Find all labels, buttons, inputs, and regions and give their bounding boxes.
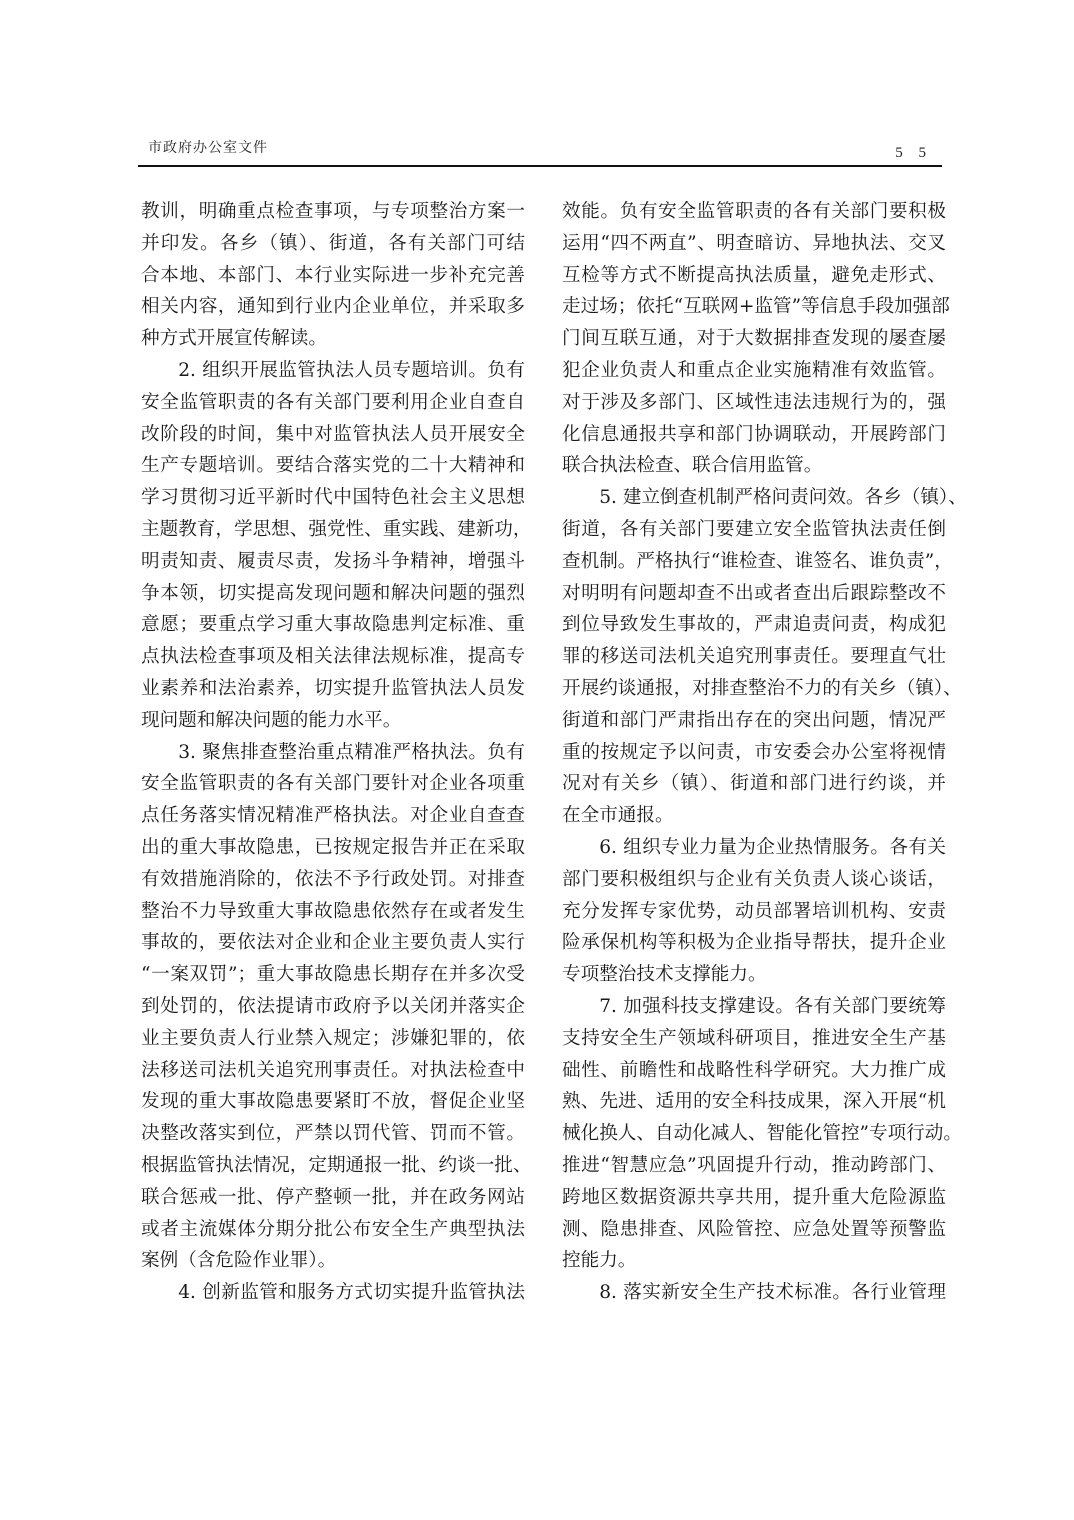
text-line: 门间互联互通，对于大数据排查发现的屡查屡 — [562, 323, 946, 355]
text-line: 测、隐患排查、风险管控、应急处置等预警监 — [562, 1214, 946, 1246]
text-line: 决整改落实到位，严禁以罚代管、罚而不管。 — [141, 1118, 525, 1150]
paragraph: 效能。负有安全监管职责的各有关部门要积极运用“四不两直”、明查暗访、异地执法、交… — [562, 196, 946, 482]
text-line: 整治不力导致重大事故隐患依然存在或者发生 — [141, 896, 525, 928]
text-line: 互检等方式不断提高执法质量，避免走形式、 — [562, 260, 946, 292]
text-line: 险承保机构等积极为企业指导帮扶，提升企业 — [562, 927, 946, 959]
text-line: 事故的，要依法对企业和企业主要负责人实行 — [141, 927, 525, 959]
text-line: 对于涉及多部门、区域性违法违规行为的，强 — [562, 387, 946, 419]
text-line: 2. 组织开展监管执法人员专题培训。负有 — [141, 355, 525, 387]
text-line: 跨地区数据资源共享共用，提升重大危险源监 — [562, 1182, 946, 1214]
text-line: 4. 创新监管和服务方式切实提升监管执法 — [141, 1277, 525, 1309]
text-line: 业主要负责人行业禁入规定；涉嫌犯罪的，依 — [141, 1023, 525, 1055]
text-line: 案例（含危险作业罪）。 — [141, 1245, 525, 1277]
text-line: 主题教育，学思想、强党性、重实践、建新功， — [141, 514, 525, 546]
text-line: 法移送司法机关追究刑事责任。对执法检查中 — [141, 1055, 525, 1087]
text-line: 运用“四不两直”、明查暗访、异地执法、交叉 — [562, 228, 946, 260]
page-header: 市政府办公室文件 5 5 — [138, 133, 942, 167]
text-line: 现问题和解决问题的能力水平。 — [141, 705, 525, 737]
text-line: 发现的重大事故隐患要紧盯不放，督促企业坚 — [141, 1086, 525, 1118]
text-line: 或者主流媒体分期分批公布安全生产典型执法 — [141, 1214, 525, 1246]
paragraph: 6. 组织专业力量为企业热情服务。各有关部门要积极组织与企业有关负责人谈心谈话，… — [562, 832, 946, 991]
document-source-title: 市政府办公室文件 — [148, 137, 268, 157]
text-line: 查机制。严格执行“谁检查、谁签名、谁负责”， — [562, 546, 946, 578]
text-line: 3. 聚焦排查整治重点精准严格执法。负有 — [141, 737, 525, 769]
text-line: 况对有关乡（镇）、街道和部门进行约谈，并 — [562, 768, 946, 800]
text-line: 点任务落实情况精准严格执法。对企业自查查 — [141, 800, 525, 832]
text-line: 种方式开展宣传解读。 — [141, 323, 525, 355]
text-line: 罪的移送司法机关追究刑事责任。要理直气壮 — [562, 641, 946, 673]
text-line: 街道，各有关部门要建立安全监管执法责任倒 — [562, 514, 946, 546]
text-line: 对明明有问题却查不出或者查出后跟踪整改不 — [562, 578, 946, 610]
paragraph: 7. 加强科技支撑建设。各有关部门要统筹支持安全生产领域科研项目，推进安全生产基… — [562, 991, 946, 1277]
text-line: “一案双罚”；重大事故隐患长期存在并多次受 — [141, 959, 525, 991]
text-line: 安全监管职责的各有关部门要针对企业各项重 — [141, 768, 525, 800]
text-line: 在全市通报。 — [562, 800, 946, 832]
text-line: 部门要积极组织与企业有关负责人谈心谈话， — [562, 864, 946, 896]
text-line: 争本领，切实提高发现问题和解决问题的强烈 — [141, 578, 525, 610]
text-line: 械化换人、自动化减人、智能化管控”专项行动。 — [562, 1118, 946, 1150]
text-line: 到处罚的，依法提请市政府予以关闭并落实企 — [141, 991, 525, 1023]
text-line: 联合惩戒一批、停产整顿一批，并在政务网站 — [141, 1182, 525, 1214]
right-text-column: 效能。负有安全监管职责的各有关部门要积极运用“四不两直”、明查暗访、异地执法、交… — [562, 196, 946, 1309]
paragraph: 教训，明确重点检查事项，与专项整治方案一并印发。各乡（镇）、街道，各有关部门可结… — [141, 196, 525, 355]
text-line: 教训，明确重点检查事项，与专项整治方案一 — [141, 196, 525, 228]
text-line: 到位导致发生事故的，严肃追责问责，构成犯 — [562, 609, 946, 641]
text-line: 联合执法检查、联合信用监管。 — [562, 450, 946, 482]
text-line: 效能。负有安全监管职责的各有关部门要积极 — [562, 196, 946, 228]
paragraph: 4. 创新监管和服务方式切实提升监管执法 — [141, 1277, 525, 1309]
paragraph: 8. 落实新安全生产技术标准。各行业管理 — [562, 1277, 946, 1309]
text-line: 根据监管执法情况，定期通报一批、约谈一批、 — [141, 1150, 525, 1182]
text-line: 出的重大事故隐患，已按规定报告并正在采取 — [141, 832, 525, 864]
text-line: 并印发。各乡（镇）、街道，各有关部门可结 — [141, 228, 525, 260]
paragraph: 5. 建立倒查机制严格问责问效。各乡（镇）、街道，各有关部门要建立安全监管执法责… — [562, 482, 946, 832]
text-line: 走过场；依托“互联网+监管”等信息手段加强部 — [562, 291, 946, 323]
text-line: 专项整治技术支撑能力。 — [562, 959, 946, 991]
text-line: 意愿；要重点学习重大事故隐患判定标准、重 — [141, 609, 525, 641]
text-line: 充分发挥专家优势，动员部署培训机构、安责 — [562, 896, 946, 928]
text-line: 犯企业负责人和重点企业实施精准有效监管。 — [562, 355, 946, 387]
text-line: 7. 加强科技支撑建设。各有关部门要统筹 — [562, 991, 946, 1023]
text-line: 础性、前瞻性和战略性科学研究。大力推广成 — [562, 1055, 946, 1087]
text-line: 改阶段的时间，集中对监管执法人员开展安全 — [141, 419, 525, 451]
text-line: 合本地、本部门、本行业实际进一步补充完善 — [141, 260, 525, 292]
text-line: 安全监管职责的各有关部门要利用企业自查自 — [141, 387, 525, 419]
text-line: 控能力。 — [562, 1245, 946, 1277]
left-text-column: 教训，明确重点检查事项，与专项整治方案一并印发。各乡（镇）、街道，各有关部门可结… — [141, 196, 525, 1309]
text-line: 业素养和法治素养，切实提升监管执法人员发 — [141, 673, 525, 705]
text-line: 学习贯彻习近平新时代中国特色社会主义思想 — [141, 482, 525, 514]
text-line: 开展约谈通报，对排查整治不力的有关乡（镇）、 — [562, 673, 946, 705]
text-line: 生产专题培训。要结合落实党的二十大精神和 — [141, 450, 525, 482]
text-line: 5. 建立倒查机制严格问责问效。各乡（镇）、 — [562, 482, 946, 514]
page-number: 5 5 — [895, 145, 932, 162]
text-line: 明责知责、履责尽责，发扬斗争精神，增强斗 — [141, 546, 525, 578]
text-line: 点执法检查事项及相关法律法规标准，提高专 — [141, 641, 525, 673]
text-line: 支持安全生产领域科研项目，推进安全生产基 — [562, 1023, 946, 1055]
text-line: 街道和部门严肃指出存在的突出问题，情况严 — [562, 705, 946, 737]
text-line: 熟、先进、适用的安全科技成果，深入开展“机 — [562, 1086, 946, 1118]
text-line: 化信息通报共享和部门协调联动，开展跨部门 — [562, 419, 946, 451]
text-line: 8. 落实新安全生产技术标准。各行业管理 — [562, 1277, 946, 1309]
text-line: 重的按规定予以问责，市安委会办公室将视情 — [562, 737, 946, 769]
text-line: 推进“智慧应急”巩固提升行动，推动跨部门、 — [562, 1150, 946, 1182]
paragraph: 3. 聚焦排查整治重点精准严格执法。负有安全监管职责的各有关部门要针对企业各项重… — [141, 737, 525, 1278]
text-line: 有效措施消除的，依法不予行政处罚。对排查 — [141, 864, 525, 896]
paragraph: 2. 组织开展监管执法人员专题培训。负有安全监管职责的各有关部门要利用企业自查自… — [141, 355, 525, 737]
text-line: 6. 组织专业力量为企业热情服务。各有关 — [562, 832, 946, 864]
text-line: 相关内容，通知到行业内企业单位，并采取多 — [141, 291, 525, 323]
